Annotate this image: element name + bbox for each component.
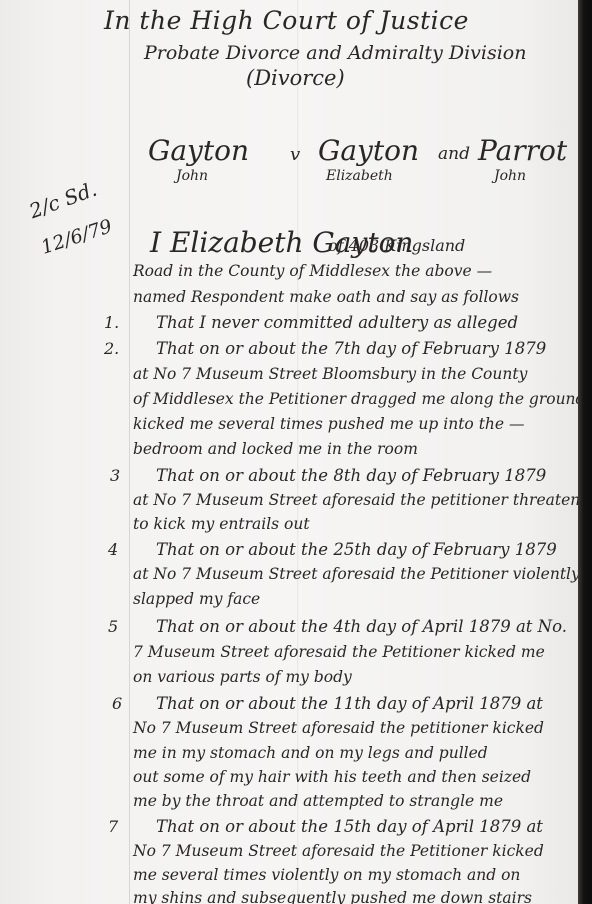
subdivision-heading: (Divorce)	[246, 66, 345, 90]
and-text: and	[438, 144, 470, 164]
intro-line-3: named Respondent make oath and say as fo…	[133, 288, 519, 306]
paragraph-line: my shins and subsequently pushed me down…	[133, 889, 532, 904]
co-respondent-surname: Parrot	[478, 134, 567, 167]
affidavit-page: In the High Court of Justice Probate Div…	[0, 0, 578, 904]
paragraph-line: me by the throat and attempted to strang…	[133, 792, 503, 810]
book-binding-edge	[578, 0, 592, 904]
division-heading: Probate Divorce and Admiralty Division	[144, 42, 526, 64]
paragraph-line: bedroom and locked me in the room	[133, 440, 418, 458]
paragraph-number: 6	[112, 694, 122, 713]
respondent-given-name: Elizabeth	[326, 168, 393, 184]
paragraph-line: That I never committed adultery as alleg…	[156, 313, 518, 332]
paragraph-line: No 7 Museum Street aforesaid the petitio…	[133, 719, 544, 737]
co-respondent-given-name: John	[494, 168, 526, 184]
intro-line-2: Road in the County of Middlesex the abov…	[133, 262, 492, 280]
paragraph-line: on various parts of my body	[133, 668, 352, 686]
paragraph-line: out some of my hair with his teeth and t…	[133, 768, 531, 786]
margin-rule	[129, 0, 130, 904]
petitioner-given-name: John	[176, 168, 208, 184]
paragraph-number: 7	[108, 817, 118, 836]
paragraph-line: That on or about the 4th day of April 18…	[156, 617, 567, 636]
paragraph-line: That on or about the 7th day of February…	[156, 339, 546, 358]
paragraph-line: That on or about the 25th day of Februar…	[156, 540, 557, 559]
versus-text: v	[290, 144, 300, 165]
margin-fee-note: 2/c Sd.	[26, 177, 100, 223]
paragraph-line: at No 7 Museum Street aforesaid the Peti…	[133, 565, 578, 583]
paragraph-line: 7 Museum Street aforesaid the Petitioner…	[133, 643, 545, 661]
respondent-surname: Gayton	[318, 134, 419, 167]
intro-line-1: of 403 Kingsland	[328, 236, 465, 255]
petitioner-surname: Gayton	[148, 134, 249, 167]
court-heading: In the High Court of Justice	[104, 6, 469, 35]
paragraph-number: 3	[110, 466, 120, 485]
paragraph-number: 1.	[104, 313, 119, 332]
paragraph-line: of Middlesex the Petitioner dragged me a…	[133, 390, 578, 408]
paragraph-line: That on or about the 8th day of February…	[156, 466, 546, 485]
paragraph-line: That on or about the 11th day of April 1…	[156, 694, 543, 713]
margin-date-note: 12/6/79	[38, 215, 114, 259]
paragraph-line: me in my stomach and on my legs and pull…	[133, 744, 488, 762]
paragraph-line: No 7 Museum Street aforesaid the Petitio…	[133, 842, 544, 860]
paragraph-number: 4	[108, 540, 118, 559]
paragraph-line: at No 7 Museum Street aforesaid the peti…	[133, 491, 578, 509]
paragraph-number: 2.	[104, 339, 119, 358]
paragraph-line: at No 7 Museum Street Bloomsbury in the …	[133, 365, 527, 383]
paragraph-line: to kick my entrails out	[133, 515, 310, 533]
paragraph-line: That on or about the 15th day of April 1…	[156, 817, 543, 836]
paragraph-line: me several times violently on my stomach…	[133, 866, 520, 884]
paragraph-number: 5	[108, 617, 118, 636]
paragraph-line: slapped my face	[133, 590, 260, 608]
paragraph-line: kicked me several times pushed me up int…	[133, 415, 525, 433]
